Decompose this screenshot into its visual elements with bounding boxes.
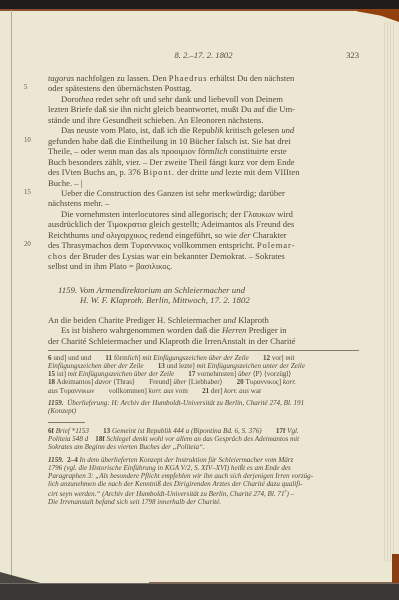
text-segment: 13	[158, 362, 165, 370]
text-line: stände und ihre Gesundheit schieben. An …	[48, 115, 359, 125]
text-segment: und	[210, 167, 223, 177]
text-segment: 18f	[95, 435, 104, 443]
text-segment: und	[223, 315, 236, 325]
text-segment: der Bruder des Lysias war ein bekannter …	[67, 251, 284, 261]
text-line: Buch besonders zählt, vier. – Der zweite…	[48, 157, 359, 167]
text-segment: ist]	[55, 370, 68, 378]
text-line: 20des Thrasymachos dem Τυραννικος vollko…	[48, 240, 359, 250]
text-line: selbst und in ihm Plato = βασιλικος.	[48, 261, 359, 271]
text-segment: redet sehr oft und sehr dank und liebevo…	[93, 94, 283, 104]
page-content: 8. 2.–17. 2. 1802 323 tagoras nachfolgen…	[48, 0, 359, 507]
text-segment: Überlieferung: H: Archiv der Humboldt-Un…	[67, 399, 304, 407]
text-segment: und lezte]	[165, 362, 197, 370]
text-segment	[89, 427, 103, 435]
page-edge-left	[11, 10, 12, 584]
text-line: (Konzept)	[48, 407, 359, 415]
text-segment: vor]	[270, 354, 285, 362]
text-segment: förm	[196, 146, 215, 156]
text-line: Einfügungszeichen über der Zeile 13 und …	[48, 362, 359, 370]
text-segment: kritisch gelesen	[223, 125, 281, 135]
text-line: 6 und] und und 11 förmlich] mit Einfügun…	[48, 354, 359, 362]
text-segment: Klaproth	[236, 315, 269, 325]
text-segment: Buche. – |	[48, 178, 82, 188]
text-segment: und] und und	[52, 354, 92, 362]
text-segment: Polemar-	[257, 240, 296, 250]
text-line: 18 Adeimantos] davor ⟨Thras⟩ Freund] übe…	[48, 378, 359, 386]
text-line: 6f Brief *1153 13 Gemeint ist Republik 4…	[48, 427, 359, 435]
text-segment: Adeimantos]	[55, 378, 95, 386]
text-segment: Sokrates am Beginn des vierten Buches de…	[48, 443, 205, 451]
text-segment: mit Einfügungszeichen über der Zeile	[68, 370, 174, 378]
text-line: 15Ueber die Construction des Ganzen ist …	[48, 188, 359, 198]
text-segment: Bipont.	[143, 167, 175, 177]
text-segment: oder spätestens den übernächsten Posttag…	[48, 83, 192, 93]
text-segment: nachfolgen zu lassen. Den	[74, 73, 169, 83]
text-segment: 2–4	[67, 456, 78, 464]
text-segment: Τυραννικος]	[244, 378, 283, 386]
text-segment: ⟨Thras⟩	[111, 378, 134, 386]
line-number: 10	[24, 136, 42, 146]
text-segment: Phaedrus	[169, 73, 208, 83]
text-segment: Buch besonders zählt, vier. – Der zweite…	[48, 157, 295, 167]
text-segment: ⟨Liebhaber⟩	[186, 378, 222, 386]
text-segment: vollkommen entspricht.	[171, 240, 257, 250]
running-head: 8. 2.–17. 2. 1802 323	[48, 50, 359, 61]
text-segment: Theile, – oder wenn man das als	[48, 146, 161, 156]
text-segment: 1159.	[48, 456, 64, 464]
text-segment: Schlegel denkt wohl vor allem an das Ges…	[107, 435, 300, 443]
text-segment: constituirte erste	[228, 146, 287, 156]
heading-line-1: 1159. Vom Armendirektorium an Schleierma…	[48, 285, 359, 296]
text-line: Reichthums und ολιγαρχικος redend eingef…	[48, 230, 359, 240]
text-segment	[188, 387, 202, 395]
text-segment: redend eingeführt, so wie	[148, 230, 240, 240]
text-segment: der]	[209, 387, 224, 395]
text-segment: des IVten Buchs an, p. 376	[48, 167, 143, 177]
text-line: des IVten Buchs an, p. 376 Bipont. der d…	[48, 167, 359, 177]
text-line: tagoras nachfolgen zu lassen. Den Phaedr…	[48, 73, 359, 83]
text-segment: 17f	[276, 427, 285, 435]
text-segment	[135, 378, 149, 386]
text-line: Politeia 548 d 18f Schlegel denkt wohl v…	[48, 435, 359, 443]
ueberlieferung-note: 1159. Überlieferung: H: Archiv der Humbo…	[48, 399, 359, 415]
text-segment: mit	[285, 354, 294, 362]
text-segment: vollkommen]	[109, 387, 149, 395]
text-segment: davor	[95, 378, 112, 386]
text-segment: des Thrasymachos dem	[48, 240, 131, 250]
text-segment	[94, 387, 108, 395]
text-segment: 12	[263, 354, 270, 362]
text-segment: Ueber die Construction des Ganzen ist se…	[61, 188, 285, 198]
letter-1159-body: An die beiden Charite Prediger H. Schlei…	[48, 315, 359, 346]
text-segment: korr. aus	[224, 387, 249, 395]
text-segment: Politeia 548 d	[48, 435, 88, 443]
text-segment: mit Einfügungszeichen unter der Zeile	[197, 362, 305, 370]
text-segment	[174, 370, 188, 378]
text-line: Dorothea redet sehr oft und sehr dank un…	[48, 94, 359, 104]
text-segment: der	[239, 230, 250, 240]
text-line: An die beiden Charite Prediger H. Schlei…	[48, 315, 359, 325]
text-segment: Es ist bishero wahrgenommen worden daß d…	[61, 325, 222, 335]
text-line: Theile, – oder wenn man das als προοιμιο…	[48, 146, 359, 156]
text-line: Die vornehmsten interlocutores sind alle…	[48, 209, 359, 219]
text-segment: aus	[48, 387, 58, 395]
text-segment: lich	[215, 146, 228, 156]
text-line: ausdrücklich der Τιμοκρατια gleich geste…	[48, 219, 359, 229]
commentary-divider-rule	[48, 422, 85, 423]
text-segment: thea	[79, 94, 94, 104]
text-segment: ) –	[286, 490, 294, 498]
letter-1159-heading: 1159. Vom Armendirektorium an Schleierma…	[48, 285, 359, 306]
text-segment: ⟨P⟩ ⟨vorzügl⟩	[251, 370, 291, 378]
text-segment: Prediger in	[246, 325, 286, 335]
text-segment: Gemeint ist Republik 444 a (Bipontina Bd…	[112, 427, 262, 435]
text-segment: Brief *1153	[56, 427, 89, 435]
text-segment: Doro	[61, 94, 79, 104]
text-segment: βασιλικος.	[136, 261, 172, 271]
text-segment: Τυραννικος	[131, 240, 171, 250]
textual-apparatus: 6 und] und und 11 förmlich] mit Einfügun…	[48, 354, 359, 394]
text-segment: und	[281, 125, 294, 135]
text-line: Sokrates am Beginn des vierten Buches de…	[48, 443, 359, 451]
page-edge-right	[384, 22, 396, 562]
text-line: Es ist bishero wahrgenommen worden daß d…	[48, 325, 359, 335]
text-segment: cirt seyn werden.“ (Archiv der Humboldt-…	[48, 490, 285, 498]
text-segment: lezten Briefe daß sie ihn nicht gleich b…	[48, 104, 295, 114]
text-segment: προοιμιον	[161, 146, 196, 156]
text-segment: 1796 (vgl. die Historische Einführung in…	[48, 464, 291, 472]
text-line: der Charité Schleiermacher und Klaproth …	[48, 336, 359, 346]
text-segment: Reichthums	[48, 230, 91, 240]
text-line: aus Τυραννικων vollkommen] korr. aus vom…	[48, 387, 359, 395]
text-segment: vornehmsten]	[195, 370, 238, 378]
text-segment	[144, 362, 158, 370]
line-number: 15	[24, 188, 42, 198]
text-segment	[262, 427, 276, 435]
text-segment: über	[173, 378, 186, 386]
text-line: chos der Bruder des Lysias war ein bekan…	[48, 251, 359, 261]
book-corner-top-right	[357, 9, 399, 22]
text-line: Die Irrenanstalt befand sich seit 1798 i…	[48, 499, 359, 507]
text-segment: Die Irrenanstalt befand sich seit 1798 i…	[48, 498, 221, 506]
page-number: 323	[346, 50, 359, 61]
text-line: 15 ist] mit Einfügungszeichen über der Z…	[48, 370, 359, 378]
line-number: 5	[24, 83, 42, 93]
text-segment: nächstens mehr. –	[48, 198, 109, 208]
text-segment: Die vornehmsten interlocutores sind alle…	[61, 209, 243, 219]
text-segment: wird	[275, 209, 293, 219]
text-segment: chos	[48, 251, 67, 261]
apparatus-divider-rule	[48, 350, 359, 351]
text-segment: ολιγαρχικος	[106, 230, 147, 240]
text-line: nächstens mehr. –	[48, 198, 359, 208]
commentary-notes: 6f Brief *1153 13 Gemeint ist Republik 4…	[48, 427, 359, 451]
text-segment: An die beiden Charite Prediger H. Schlei…	[48, 315, 223, 325]
text-segment	[91, 354, 105, 362]
text-segment: Freund]	[149, 378, 173, 386]
text-segment: lich anzunehmen die nach der Kenntniß de…	[48, 480, 303, 488]
letter-1158-body: tagoras nachfolgen zu lassen. Den Phaedr…	[48, 73, 359, 272]
text-line: Buche. – |	[48, 178, 359, 188]
text-segment	[222, 378, 236, 386]
text-segment: erhältst Du den nächsten	[207, 73, 294, 83]
text-segment: gleich gestellt; Adeimantos als Freund d…	[147, 219, 295, 229]
text-segment: Vgl.	[287, 427, 299, 435]
text-segment: korr.	[283, 378, 296, 386]
commentary-letter-1159: 1159. 2–4 In dem überlieferten Konzept d…	[48, 457, 359, 507]
heading-line-2: H. W. F. Klaproth. Berlin, Mittwoch, 17.…	[48, 295, 359, 306]
text-segment: 1159.	[48, 399, 64, 407]
book-page-scan: 8. 2.–17. 2. 1802 323 tagoras nachfolgen…	[0, 0, 399, 600]
text-segment: lich	[128, 354, 139, 362]
text-segment: Charakter	[251, 230, 287, 240]
text-segment: war	[249, 387, 261, 395]
text-segment: (Konzept)	[48, 407, 76, 415]
text-segment: korr. aus	[149, 387, 174, 395]
text-segment: Γλαυκων	[243, 209, 275, 219]
text-line: 1159. Überlieferung: H: Archiv der Humbo…	[48, 399, 359, 407]
text-segment: der Charité Schleiermacher und Klaproth …	[48, 336, 295, 346]
text-segment: förm	[112, 354, 128, 362]
scan-bottom-bar	[0, 583, 399, 600]
text-segment: gefunden habe daß die Eintheilung in 10 …	[48, 136, 291, 146]
text-segment: Τιμοκρατια	[107, 219, 147, 229]
text-segment: mit Einfügungszeichen über der Zeile	[142, 354, 248, 362]
text-segment: selbst und in ihm Plato =	[48, 261, 136, 271]
text-segment	[249, 354, 263, 362]
text-segment: Herren	[222, 325, 247, 335]
text-segment: der dritte	[175, 167, 211, 177]
text-line: lich anzunehmen die nach der Kenntniß de…	[48, 481, 359, 489]
text-segment: vom	[173, 387, 187, 395]
text-line: Das neuste vom Plato, ist, daß ich die R…	[48, 125, 359, 135]
text-segment: tagoras	[48, 73, 74, 83]
running-head-date: 8. 2.–17. 2. 1802	[174, 50, 232, 60]
text-line: 10gefunden habe daß die Eintheilung in 1…	[48, 136, 359, 146]
text-segment: Das neuste vom Plato, ist, daß ich die R…	[61, 125, 215, 135]
text-segment: lezte mit dem VIIIten	[223, 167, 299, 177]
text-segment: und	[91, 230, 104, 240]
text-line: 5oder spätestens den übernächsten Postta…	[48, 83, 359, 93]
text-segment: Paragraphen 3: „Als besondere Pflicht em…	[48, 472, 313, 480]
text-segment: Τυραννικων	[58, 387, 95, 395]
line-number: 20	[24, 240, 42, 250]
text-segment: ausdrücklich der	[48, 219, 107, 229]
text-line: lezten Briefe daß sie ihn nicht gleich b…	[48, 104, 359, 114]
text-segment: Einfügungszeichen über der Zeile	[48, 362, 144, 370]
text-segment: 20	[237, 378, 244, 386]
text-segment: über	[238, 370, 251, 378]
text-segment: stände und ihre Gesundheit schieben. An …	[48, 115, 264, 125]
text-segment: In dem überlieferten Konzept der Instruk…	[80, 456, 294, 464]
